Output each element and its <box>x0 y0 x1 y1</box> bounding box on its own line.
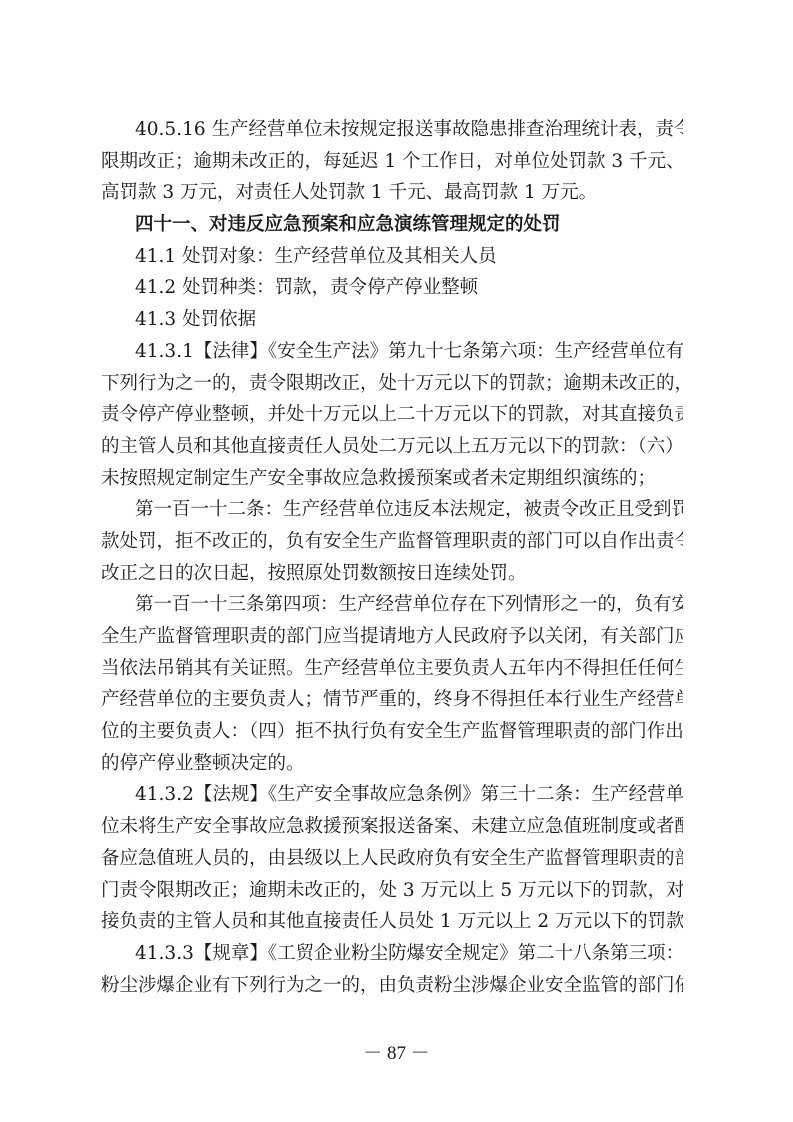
text-line: 41.3 处罚依据 <box>101 304 683 336</box>
text-line: 第一百一十二条：生产经营单位违反本法规定，被责令改正且受到罚 <box>101 494 683 526</box>
section-heading: 四十一、对违反应急预案和应急演练管理规定的处罚 <box>101 209 683 241</box>
text-line: 41.3.3【规章】《工贸企业粉尘防爆安全规定》第二十八条第三项： <box>101 938 683 970</box>
text-line: 位的主要负责人：（四）拒不执行负有安全生产监督管理职责的部门作出 <box>101 716 683 748</box>
text-line: 责令停产停业整顿，并处十万元以上二十万元以下的罚款，对其直接负责 <box>101 399 683 431</box>
text-line: 位未将生产安全事故应急救援预案报送备案、未建立应急值班制度或者配 <box>101 811 683 843</box>
text-line: 的主管人员和其他直接责任人员处二万元以上五万元以下的罚款：（六） <box>101 431 683 463</box>
paragraph: 41.1 处罚对象：生产经营单位及其相关人员 <box>101 241 683 273</box>
paragraph: 41.3 处罚依据 <box>101 304 683 336</box>
text-line: 门责令限期改正；逾期未改正的，处 3 万元以上 5 万元以下的罚款，对直 <box>101 875 683 907</box>
text-line: 粉尘涉爆企业有下列行为之一的，由负责粉尘涉爆企业安全监管的部门依 <box>101 970 683 1002</box>
text-line: 的停产停业整顿决定的。 <box>101 748 683 780</box>
paragraph: 41.3.2【法规】《生产安全事故应急条例》第三十二条：生产经营单位未将生产安全… <box>101 779 683 937</box>
document-page: 40.5.16 生产经营单位未按规定报送事故隐患排查治理统计表，责令限期改正；逾… <box>0 0 793 1122</box>
text-line: 第一百一十三条第四项：生产经营单位存在下列情形之一的，负有安 <box>101 589 683 621</box>
text-line: 未按照规定制定生产安全事故应急救援预案或者未定期组织演练的； <box>101 463 683 495</box>
text-line: 款处罚，拒不改正的，负有安全生产监督管理职责的部门可以自作出责令 <box>101 526 683 558</box>
text-line: 接负责的主管人员和其他直接责任人员处 1 万元以上 2 万元以下的罚款。 <box>101 906 683 938</box>
paragraph: 41.2 处罚种类：罚款，责令停产停业整顿 <box>101 272 683 304</box>
paragraph: 41.3.1【法律】《安全生产法》第九十七条第六项：生产经营单位有下列行为之一的… <box>101 336 683 494</box>
text-line: 41.3.1【法律】《安全生产法》第九十七条第六项：生产经营单位有 <box>101 336 683 368</box>
text-line: 改正之日的次日起，按照原处罚数额按日连续处罚。 <box>101 558 683 590</box>
text-line: 41.3.2【法规】《生产安全事故应急条例》第三十二条：生产经营单 <box>101 779 683 811</box>
document-body: 40.5.16 生产经营单位未按规定报送事故隐患排查治理统计表，责令限期改正；逾… <box>101 114 683 1001</box>
text-line: 备应急值班人员的，由县级以上人民政府负有安全生产监督管理职责的部 <box>101 843 683 875</box>
text-line: 当依法吊销其有关证照。生产经营单位主要负责人五年内不得担任任何生 <box>101 653 683 685</box>
paragraph: 第一百一十三条第四项：生产经营单位存在下列情形之一的，负有安全生产监督管理职责的… <box>101 589 683 779</box>
text-line: 产经营单位的主要负责人；情节严重的，终身不得担任本行业生产经营单 <box>101 684 683 716</box>
text-line: 41.1 处罚对象：生产经营单位及其相关人员 <box>101 241 683 273</box>
text-line: 下列行为之一的，责令限期改正，处十万元以下的罚款；逾期未改正的， <box>101 368 683 400</box>
text-line: 高罚款 3 万元，对责任人处罚款 1 千元、最高罚款 1 万元。 <box>101 177 683 209</box>
text-line: 四十一、对违反应急预案和应急演练管理规定的处罚 <box>101 209 683 241</box>
text-line: 限期改正；逾期未改正的，每延迟 1 个工作日，对单位处罚款 3 千元、最 <box>101 146 683 178</box>
text-line: 41.2 处罚种类：罚款，责令停产停业整顿 <box>101 272 683 304</box>
paragraph: 第一百一十二条：生产经营单位违反本法规定，被责令改正且受到罚款处罚，拒不改正的，… <box>101 494 683 589</box>
text-line: 40.5.16 生产经营单位未按规定报送事故隐患排查治理统计表，责令 <box>101 114 683 146</box>
page-number: － 87 － <box>0 1038 793 1065</box>
paragraph: 40.5.16 生产经营单位未按规定报送事故隐患排查治理统计表，责令限期改正；逾… <box>101 114 683 209</box>
text-line: 全生产监督管理职责的部门应当提请地方人民政府予以关闭，有关部门应 <box>101 621 683 653</box>
paragraph: 41.3.3【规章】《工贸企业粉尘防爆安全规定》第二十八条第三项：粉尘涉爆企业有… <box>101 938 683 1001</box>
